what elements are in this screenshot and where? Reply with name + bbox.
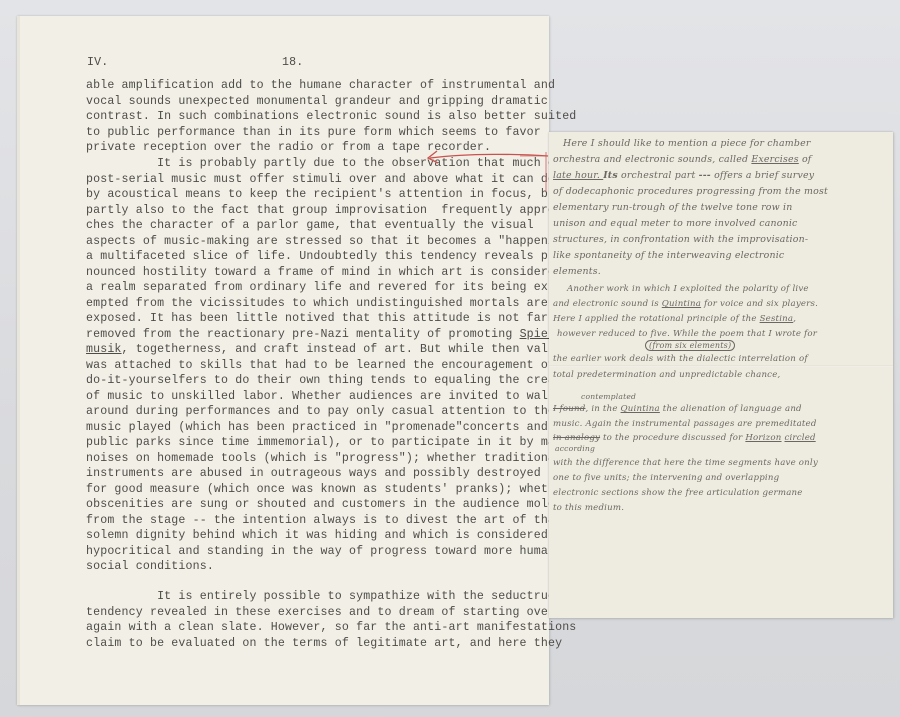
note-line: electronic sections show the free articu… xyxy=(553,488,803,498)
note-span: orchestra and electronic sounds, called xyxy=(553,154,751,165)
note-span: , xyxy=(793,314,796,324)
text-line: able amplification add to the humane cha… xyxy=(86,79,555,92)
note-line: structures, in confrontation with the im… xyxy=(553,234,808,245)
note-line: to this medium. xyxy=(553,503,624,513)
text-line: nounced hostility toward a frame of mind… xyxy=(86,266,562,279)
note-underlined-title: Sestina xyxy=(760,314,794,324)
note-line: and electronic sound is Quintina for voi… xyxy=(553,299,818,309)
note-line: orchestra and electronic sounds, called … xyxy=(553,154,811,165)
typed-page: IV. 18. able amplification add to the hu… xyxy=(17,16,549,705)
note-line: total predetermination and unpredictable… xyxy=(553,370,780,380)
note-span: Here I applied the rotational principle … xyxy=(553,314,760,324)
text-line: It is probably partly due to the observa… xyxy=(86,157,562,170)
note-span: and electronic sound is xyxy=(553,299,662,309)
note-line: in analogy to the procedure discussed fo… xyxy=(553,433,816,443)
text-line: was attached to skills that had to be le… xyxy=(86,359,555,372)
text-line: obscenities are sung or shouted and cust… xyxy=(86,498,584,511)
text-line: noises on homemade tools (which is "prog… xyxy=(86,452,562,465)
note-boxed-insertion: (from six elements) xyxy=(645,340,735,351)
note-line: Here I applied the rotational principle … xyxy=(553,314,796,324)
text-line: a realm separated from ordinary life and… xyxy=(86,281,555,294)
text-line: music played (which has been practiced i… xyxy=(86,421,548,434)
note-underlined-title: Exercises xyxy=(751,154,798,165)
text-line: hypocritical and standing in the way of … xyxy=(86,545,562,558)
text-line: a multifaceted slice of life. Undoubtedl… xyxy=(86,250,569,263)
note-line: however reduced to five. While the poem … xyxy=(557,329,817,339)
text-line: post-serial music must offer stimuli ove… xyxy=(86,173,555,186)
note-line: elements. xyxy=(553,266,601,277)
note-insertion-above: contemplated xyxy=(581,392,636,401)
text-line: again with a clean slate. However, so fa… xyxy=(86,621,576,634)
text-line: empted from the vicissitudes to which un… xyxy=(86,297,548,310)
note-strikeout: --- xyxy=(699,170,711,181)
note-line: like spontaneity of the interweaving ele… xyxy=(553,250,784,261)
note-line: one to five units; the intervening and o… xyxy=(553,473,779,483)
text-line: to public performance than in its pure f… xyxy=(86,126,541,139)
text-line: instruments are abused in outrageous way… xyxy=(86,467,541,480)
note-span: , in the xyxy=(585,404,620,414)
text-line: aspects of music-making are stressed so … xyxy=(86,235,584,248)
text-line: public parks since time immemorial), or … xyxy=(86,436,584,449)
handwritten-note: Here I should like to mention a piece fo… xyxy=(549,132,893,618)
text-line: tendency revealed in these exercises and… xyxy=(86,606,555,619)
text-line: exposed. It has been little notived that… xyxy=(86,312,548,325)
note-line: elementary run-trough of the twelve tone… xyxy=(553,202,793,213)
note-line: of dodecaphonic procedures progressing f… xyxy=(553,186,828,197)
note-span: of xyxy=(799,154,812,165)
underlined-word: musik xyxy=(86,343,122,356)
text-line: removed from the reactionary pre-Nazi me… xyxy=(86,328,562,341)
text-line: claim to be evaluated on the terms of le… xyxy=(86,637,562,650)
text-line: for good measure (which once was known a… xyxy=(86,483,569,496)
note-span: late hour. xyxy=(553,170,603,181)
text-line: contrast. In such combinations electroni… xyxy=(86,110,576,123)
note-span: the alienation of language and xyxy=(660,404,802,414)
note-line: unison and equal meter to more involved … xyxy=(553,218,797,229)
note-span: Its xyxy=(603,170,618,181)
note-underlined-title: Quintina xyxy=(621,404,660,414)
text-line: solemn dignity behind which it was hidin… xyxy=(86,529,548,542)
note-span: offers a brief survey xyxy=(711,170,814,181)
note-span: however reduced to five. xyxy=(557,329,670,339)
page-number: 18. xyxy=(282,56,303,69)
section-number: IV. xyxy=(87,56,108,69)
note-underlined-title: Quintina xyxy=(662,299,701,309)
note-underlined-word: circled xyxy=(784,433,815,443)
note-line: late hour. Its orchestral part --- offer… xyxy=(553,170,814,181)
text-line: private reception over the radio or from… xyxy=(86,141,491,154)
note-line: the earlier work deals with the dialecti… xyxy=(553,354,808,364)
note-span: for voice and six players. xyxy=(701,299,818,309)
note-strikeout: I found xyxy=(553,404,585,414)
text-line: by acoustical means to keep the recipien… xyxy=(86,188,562,201)
text-line: of music to unskilled labor. Whether aud… xyxy=(86,390,555,403)
text-line: ches the character of a parlor game, tha… xyxy=(86,219,534,232)
note-underlined-title: Horizon xyxy=(745,433,781,443)
note-line: I found, in the Quintina the alienation … xyxy=(553,404,802,414)
text-line: It is entirely possible to sympathize wi… xyxy=(86,590,584,603)
text-line: musik, togetherness, and craft instead o… xyxy=(86,343,562,356)
note-inserted-phrase: (from six elements) xyxy=(645,341,735,350)
text-line: vocal sounds unexpected monumental grand… xyxy=(86,95,548,108)
text-line: from the stage -- the intention always i… xyxy=(86,514,562,527)
note-line: Here I should like to mention a piece fo… xyxy=(563,138,811,149)
note-insertion-below: according xyxy=(555,444,595,453)
note-span: orchestral part xyxy=(618,170,699,181)
note-strikeout: in analogy xyxy=(553,433,600,443)
text-line: around during performances and to pay on… xyxy=(86,405,555,418)
note-line: music. Again the instrumental passages a… xyxy=(553,419,817,429)
text-line: partly also to the fact that group impro… xyxy=(86,204,569,217)
text-span: , togetherness, and craft instead of art… xyxy=(122,343,563,356)
text-span: removed from the reactionary pre-Nazi me… xyxy=(86,328,520,341)
note-span: While the poem that I wrote for xyxy=(670,329,817,339)
note-span: to the procedure discussed for xyxy=(600,433,745,443)
note-line: Another work in which I exploited the po… xyxy=(567,284,809,294)
note-line: with the difference that here the time s… xyxy=(553,458,818,468)
text-line: do-it-yourselfers to do their own thing … xyxy=(86,374,584,387)
text-line: social conditions. xyxy=(86,560,214,573)
